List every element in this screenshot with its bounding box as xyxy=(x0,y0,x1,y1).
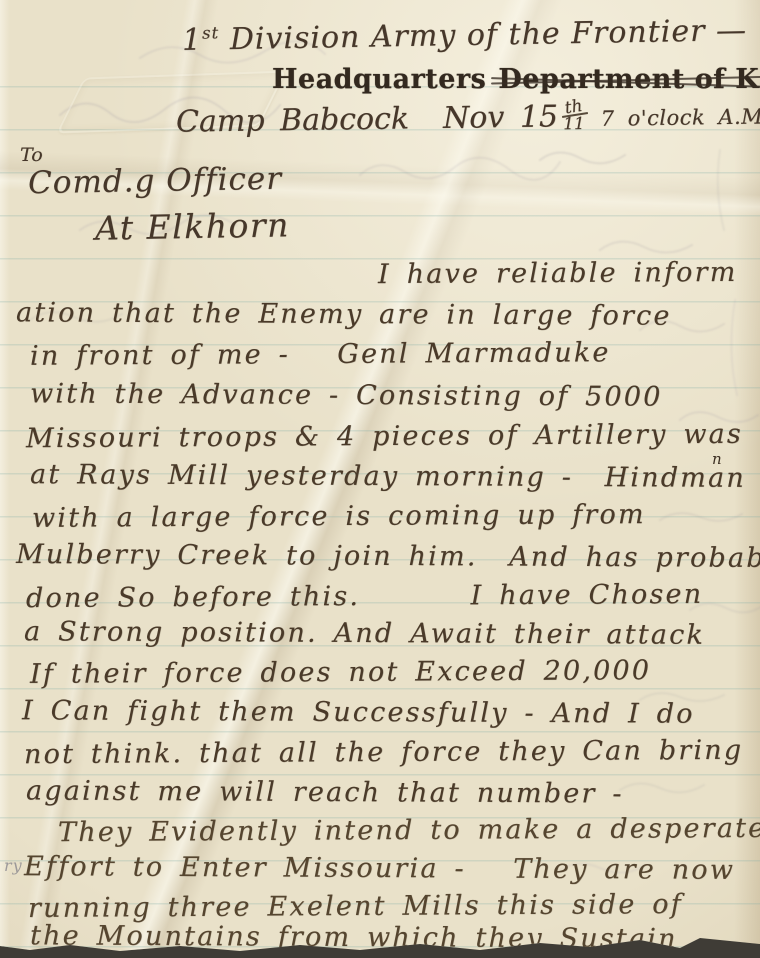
manuscript-line: They Evidently intend to make a desperat… xyxy=(58,813,760,848)
manuscript-line: a Strong position. And Await their attac… xyxy=(24,616,705,651)
manuscript-line: Mulberry Creek to join him. And has prob… xyxy=(16,539,760,574)
manuscript-line: with the Advance - Consisting of 5000 xyxy=(30,378,663,412)
letter-body: I have reliable inform ation that the En… xyxy=(0,0,760,958)
manuscript-line: at Rays Mill yesterday morning - Hindman xyxy=(30,459,746,494)
manuscript-line: running three Exelent Mills this side of xyxy=(28,889,683,924)
manuscript-line: the Mountains from which they Sustain xyxy=(30,920,678,954)
hindman-inserted-letter: n xyxy=(712,450,722,468)
pencil-margin-note: ry xyxy=(4,856,23,875)
manuscript-line: in front of me - Genl Marmaduke xyxy=(30,337,611,372)
scanned-letter-page: 1st Division Army of the Frontier — Head… xyxy=(0,0,760,958)
paper-sheet: 1st Division Army of the Frontier — Head… xyxy=(0,0,760,958)
manuscript-line: against me will reach that number - xyxy=(26,775,624,809)
manuscript-line: ation that the Enemy are in large force xyxy=(16,297,672,331)
manuscript-line: I Can fight them Successfully - And I do xyxy=(22,695,695,730)
manuscript-line: Effort to Enter Missouria - They are now xyxy=(24,851,735,886)
manuscript-line: I have reliable inform xyxy=(378,257,738,290)
manuscript-line: Missouri troops & 4 pieces of Artillery … xyxy=(26,419,743,454)
manuscript-line: with a large force is coming up from xyxy=(32,499,646,534)
manuscript-line: done So before this. I have Chosen xyxy=(26,579,703,614)
manuscript-line: If their force does not Exceed 20,000 xyxy=(30,655,651,690)
manuscript-line: not think. that all the force they Can b… xyxy=(24,735,743,770)
